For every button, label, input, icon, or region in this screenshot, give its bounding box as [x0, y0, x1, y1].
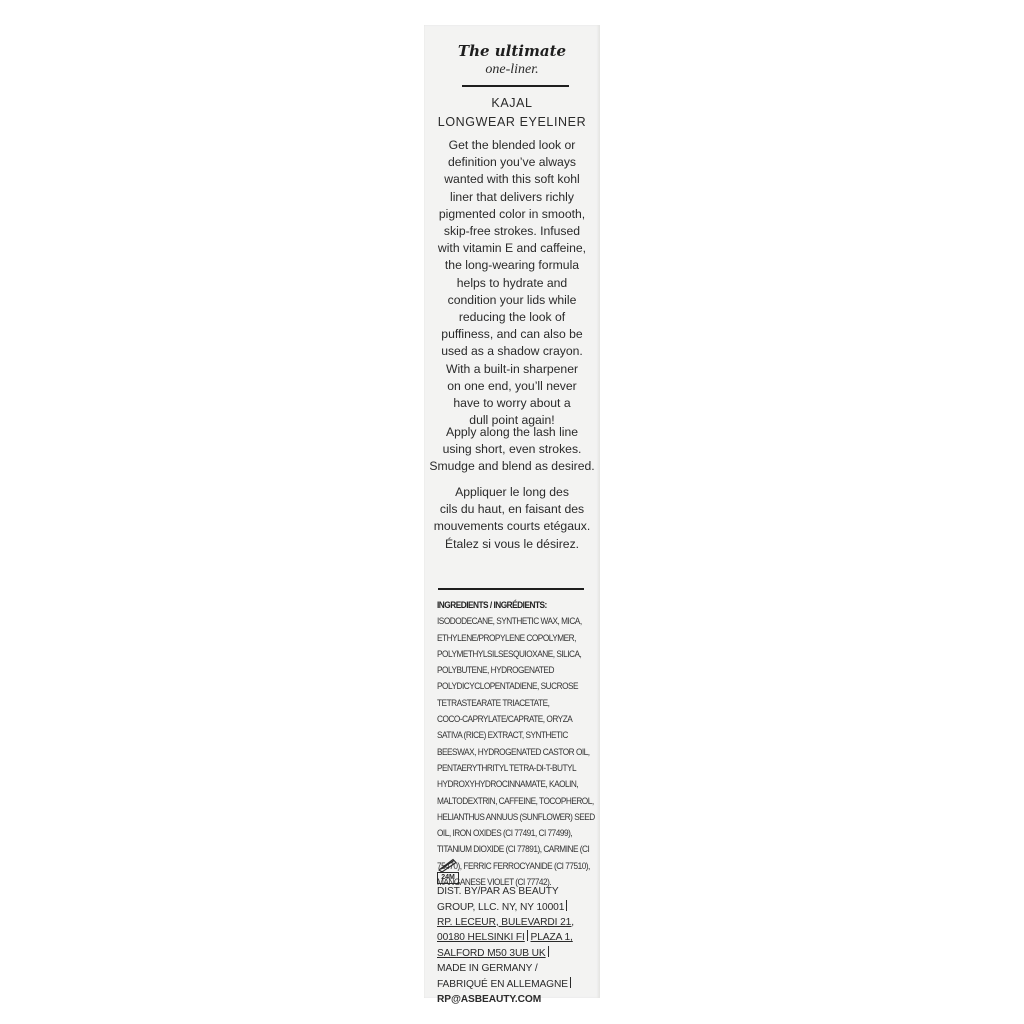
separator [548, 946, 549, 957]
ingredient-line: MALTODEXTRIN, CAFFEINE, TOCOPHEROL, [437, 793, 581, 809]
open-jar-icon [437, 858, 459, 872]
directions-line: cils du haut, en faisant des [424, 501, 600, 518]
ingredient-line: POLYDICYCLOPENTADIENE, SUCROSE [437, 678, 581, 694]
ingredient-line: OIL, IRON OXIDES (CI 77491, CI 77499), [437, 825, 581, 841]
dist-line: RP. LECEUR, BULEVARDI 21, [437, 916, 602, 931]
product-box-side-panel: The ultimate one-liner. KAJAL LONGWEAR E… [424, 25, 600, 998]
ingredient-line: POLYMETHYLSILSESQUIOXANE, SILICA, [437, 646, 581, 662]
directions-line: using short, even strokes. [424, 441, 600, 458]
directions-english: Apply along the lash line using short, e… [424, 424, 600, 476]
separator [570, 977, 571, 988]
product-name: KAJAL LONGWEAR EYELINER [424, 94, 600, 132]
dist-line: 00180 HELSINKI FI PLAZA 1, [437, 930, 602, 946]
dist-line: SALFORD M50 3UB UK [437, 946, 602, 962]
period-after-opening-symbol: 24M [437, 858, 461, 884]
description-line: helps to hydrate and [424, 275, 600, 292]
divider-top [462, 85, 569, 87]
distributor-info: DIST. BY/PAR AS BEAUTY GROUP, LLC. NY, N… [437, 885, 602, 1007]
directions-line: Appliquer le long des [424, 484, 600, 501]
separator [527, 930, 528, 941]
ingredient-line: HYDROXYHYDROCINNAMATE, KAOLIN, [437, 776, 581, 792]
description-line: definition you’ve always [424, 154, 600, 171]
ingredient-line: SATIVA (RICE) EXTRACT, SYNTHETIC [437, 727, 581, 743]
description-line: on one end, you’ll never [424, 378, 600, 395]
product-name-line1: KAJAL [424, 94, 600, 113]
description-line: puffiness, and can also be [424, 326, 600, 343]
ingredient-line: ISODODECANE, SYNTHETIC WAX, MICA, [437, 613, 581, 629]
dist-text: FABRIQUÉ EN ALLEMAGNE [437, 979, 568, 990]
dist-text: SALFORD M50 3UB UK [437, 948, 546, 959]
ingredient-line: COCO-CAPRYLATE/CAPRATE, ORYZA [437, 711, 581, 727]
ingredient-line: TETRASTEARATE TRIACETATE, [437, 695, 581, 711]
description-line: have to worry about a [424, 395, 600, 412]
ingredient-line: PENTAERYTHRITYL TETRA-DI-T-BUTYL [437, 760, 581, 776]
description-line: pigmented color in smooth, [424, 206, 600, 223]
description-line: condition your lids while [424, 292, 600, 309]
description-line: used as a shadow crayon. [424, 343, 600, 360]
divider-ingredients [438, 588, 584, 590]
directions-line: Apply along the lash line [424, 424, 600, 441]
ingredient-line: HELIANTHUS ANNUUS (SUNFLOWER) SEED [437, 809, 581, 825]
directions-line: mouvements courts etégaux. [424, 518, 600, 535]
dist-line: DIST. BY/PAR AS BEAUTY [437, 885, 602, 900]
product-description: Get the blended look or definition you’v… [424, 137, 600, 429]
dist-line: FABRIQUÉ EN ALLEMAGNE [437, 977, 602, 993]
ingredient-line: ETHYLENE/PROPYLENE COPOLYMER, [437, 630, 581, 646]
dist-text: PLAZA 1, [531, 932, 573, 943]
directions-line: Étalez si vous le désirez. [424, 536, 600, 553]
directions-line: Smudge and blend as desired. [424, 458, 600, 475]
separator [566, 900, 567, 911]
ingredients-list: INGREDIENTS / INGRÉDIENTS: ISODODECANE, … [437, 597, 581, 890]
ingredients-heading: INGREDIENTS / INGRÉDIENTS: [437, 597, 581, 613]
contact-email: RP@ASBEAUTY.COM [437, 993, 602, 1008]
ingredient-line: POLYBUTENE, HYDROGENATED [437, 662, 581, 678]
description-line: Get the blended look or [424, 137, 600, 154]
description-line: reducing the look of [424, 309, 600, 326]
dist-line: MADE IN GERMANY / [437, 962, 602, 977]
dist-text: GROUP, LLC. NY, NY 10001 [437, 902, 564, 913]
description-line: with vitamin E and caffeine, [424, 240, 600, 257]
dist-text: 00180 HELSINKI FI [437, 932, 525, 943]
ingredient-line: TITANIUM DIOXIDE (CI 77891), CARMINE (CI [437, 841, 581, 857]
description-line: skip-free strokes. Infused [424, 223, 600, 240]
description-line: With a built-in sharpener [424, 361, 600, 378]
tagline-sub: one-liner. [424, 62, 600, 78]
description-line: the long-wearing formula [424, 257, 600, 274]
pao-24m-label: 24M [437, 872, 459, 884]
ingredient-line: BEESWAX, HYDROGENATED CASTOR OIL, [437, 744, 581, 760]
product-name-line2: LONGWEAR EYELINER [424, 113, 600, 132]
description-line: wanted with this soft kohl [424, 171, 600, 188]
tagline: The ultimate [424, 42, 600, 60]
dist-line: GROUP, LLC. NY, NY 10001 [437, 900, 602, 916]
description-line: liner that delivers richly [424, 189, 600, 206]
directions-french: Appliquer le long des cils du haut, en f… [424, 484, 600, 553]
